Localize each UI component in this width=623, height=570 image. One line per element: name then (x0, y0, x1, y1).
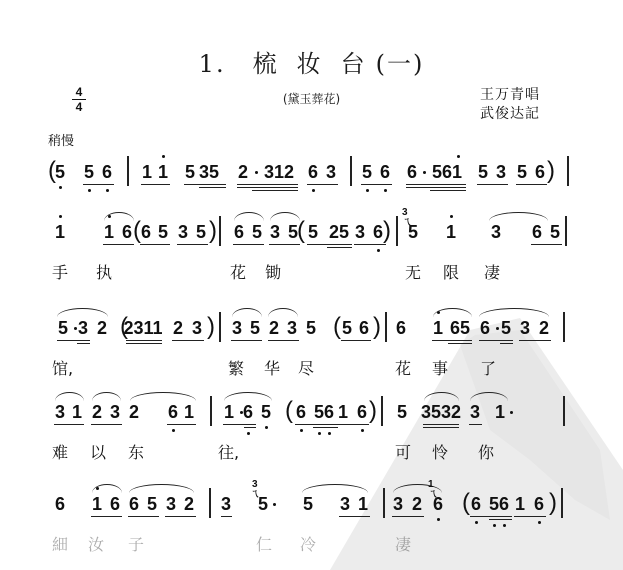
duration-underline (244, 427, 256, 428)
slur (489, 212, 548, 221)
slur (433, 308, 472, 317)
note: 3 (270, 222, 280, 242)
lyric: 往, (218, 440, 239, 463)
slur (302, 484, 368, 493)
note: 3 (470, 402, 480, 422)
note: 5 (308, 222, 318, 242)
barline (396, 216, 398, 246)
duration-underline (341, 340, 371, 341)
octave-dot-below (265, 426, 268, 429)
octave-dot-above (59, 215, 62, 218)
note: 6 (296, 402, 306, 422)
barline (561, 488, 563, 518)
note: 25 (329, 222, 349, 242)
duration-underline (392, 516, 424, 517)
duration-underline (172, 340, 204, 341)
note: 6 (534, 494, 544, 514)
note: 2 (173, 318, 183, 338)
duration-underline (221, 516, 232, 517)
duration-underline (339, 516, 370, 517)
octave-dot-below (538, 521, 541, 524)
score-row: ()()532231123352355661656532馆,繁华尽花事了 (0, 318, 623, 319)
note: 2 (238, 162, 248, 182)
note: 6 (471, 494, 481, 514)
duration-underline (223, 424, 256, 425)
note: 5 (517, 162, 527, 182)
lyric: 子 (128, 532, 144, 555)
note: 1 (338, 402, 348, 422)
note: 5 (158, 222, 168, 242)
time-signature-bottom: 4 (72, 101, 86, 113)
parenthesis: ) (383, 219, 391, 243)
slur (232, 308, 262, 317)
lyric: 事 (432, 356, 448, 379)
augmentation-dot (423, 171, 426, 174)
barline (210, 396, 212, 426)
note: 5 (58, 318, 68, 338)
parenthesis: ( (285, 399, 293, 423)
note: 5 (342, 318, 352, 338)
lyric: 以 (90, 440, 106, 463)
grace-note: ㄟ (250, 490, 260, 500)
singer-credit: 王万青唱 (480, 86, 540, 105)
lyric: 执 (96, 260, 112, 283)
note: 1 (184, 402, 194, 422)
note: 1 (104, 222, 114, 242)
octave-dot-below (384, 189, 387, 192)
note: 561 (432, 162, 462, 182)
duration-underline (423, 427, 459, 428)
note: 6 (308, 162, 318, 182)
note: 3 (496, 162, 506, 182)
barline (219, 216, 221, 246)
lyric: 仁 (256, 532, 272, 555)
note: 1 (433, 318, 443, 338)
lyric: 冷 (300, 532, 316, 555)
octave-dot-below (88, 189, 91, 192)
parenthesis: ( (133, 219, 141, 243)
note: 6 (380, 162, 390, 182)
octave-dot-below (172, 429, 175, 432)
note: 1 (224, 402, 234, 422)
note: 3 (178, 222, 188, 242)
note: 3 (326, 162, 336, 182)
parenthesis: ) (209, 219, 217, 243)
title-char: 妆 (297, 50, 323, 78)
duration-underline (430, 190, 466, 191)
parenthesis: ( (297, 219, 305, 243)
parenthesis: ) (547, 159, 555, 183)
note: 6 (129, 494, 139, 514)
duration-underline (354, 244, 386, 245)
parenthesis: ) (549, 491, 557, 515)
credits: 王万青唱 武俊达記 (480, 86, 540, 124)
lyric: 华 (264, 356, 280, 379)
octave-dot-below (377, 249, 380, 252)
duration-underline (57, 340, 90, 341)
note: 1 (358, 494, 368, 514)
note: 1 (142, 162, 152, 182)
note: 3 (78, 318, 88, 338)
note: 6 (359, 318, 369, 338)
note: 5 (261, 402, 271, 422)
note: 1 (158, 162, 168, 182)
octave-dot-below (328, 432, 331, 435)
barline (385, 312, 387, 342)
note: 6 (407, 162, 417, 182)
slur (268, 308, 298, 317)
slur (92, 484, 122, 493)
duration-underline (337, 424, 369, 425)
octave-dot-below (312, 189, 315, 192)
octave-dot-above (457, 155, 460, 158)
slur (479, 308, 549, 317)
octave-dot-below (247, 432, 250, 435)
lyric: 了 (480, 356, 496, 379)
octave-dot-below (475, 521, 478, 524)
octave-dot-below (59, 186, 62, 189)
note: 3 (491, 222, 501, 242)
note: 2 (129, 402, 139, 422)
lyric: 你 (478, 440, 494, 463)
note: 65 (450, 318, 470, 338)
augmentation-dot (273, 503, 276, 506)
parenthesis: ( (462, 491, 470, 515)
note: 6 (141, 222, 151, 242)
lyric: 細 (52, 532, 68, 555)
duration-underline (307, 184, 338, 185)
duration-underline (470, 516, 512, 517)
duration-underline (519, 340, 551, 341)
score-row: ()()1166535653552536513653ㄟ手执花锄无限凄 (0, 222, 623, 223)
duration-underline (489, 519, 512, 520)
note: 2 (412, 494, 422, 514)
barline (383, 488, 385, 518)
note: 5 (55, 162, 65, 182)
barline (567, 156, 569, 186)
octave-dot-below (361, 429, 364, 432)
duration-underline (479, 340, 513, 341)
note: 2 (92, 402, 102, 422)
note: 6 (532, 222, 542, 242)
note: 3 (287, 318, 297, 338)
barline (350, 156, 352, 186)
slur (470, 392, 508, 401)
duration-underline (91, 516, 122, 517)
note: 3 (340, 494, 350, 514)
parenthesis: ( (333, 315, 341, 339)
note: 3 (166, 494, 176, 514)
lyric: 汝 (88, 532, 104, 555)
grace-note: ㄟ (428, 490, 438, 500)
note: 6 (122, 222, 132, 242)
duration-underline (432, 340, 472, 341)
lyric: 繁 (228, 356, 244, 379)
note: 6 (168, 402, 178, 422)
note: 312 (264, 162, 294, 182)
lyric: 凄 (484, 260, 500, 283)
title-char: 台 (341, 50, 367, 78)
duration-underline (184, 184, 226, 185)
note: 5 (252, 222, 262, 242)
note: 3 (355, 222, 365, 242)
note: 6 (55, 494, 65, 514)
note: 5 (84, 162, 94, 182)
duration-underline (140, 244, 170, 245)
duration-underline (83, 184, 114, 185)
slur (57, 308, 108, 317)
note: 5 (147, 494, 157, 514)
duration-underline (361, 184, 392, 185)
lyric: 难 (52, 440, 68, 463)
lyric: 凄 (395, 532, 411, 555)
barline (219, 312, 221, 342)
lyric: 东 (128, 440, 144, 463)
lyric: 花 (395, 356, 411, 379)
octave-dot-below (437, 518, 440, 521)
slur (55, 392, 84, 401)
duration-underline (477, 184, 508, 185)
note: 1 (55, 222, 65, 242)
note: 6 (373, 222, 383, 242)
note: 1 (515, 494, 525, 514)
slur (224, 392, 272, 401)
note: 5 (303, 494, 313, 514)
slur (129, 484, 194, 493)
title-suffix: (一) (376, 50, 425, 78)
octave-dot-below (493, 524, 496, 527)
duration-underline (231, 340, 262, 341)
octave-dot-below (318, 432, 321, 435)
barline (565, 216, 567, 246)
note: 56 (489, 494, 509, 514)
augmentation-dot (510, 411, 513, 414)
note: 6 (357, 402, 367, 422)
barline (563, 396, 565, 426)
note: 56 (314, 402, 334, 422)
note: 35 (199, 162, 219, 182)
lyric: 怜 (432, 440, 448, 463)
note: 2 (539, 318, 549, 338)
score-row: ()616653235531326656163ㄟ1ㄟ細汝子仁冷凄 (0, 494, 623, 495)
score-row: ()556115352312635665615356 (0, 162, 623, 163)
duration-underline (199, 187, 226, 188)
parenthesis: ) (369, 399, 377, 423)
duration-underline (469, 424, 482, 425)
note: 5 (501, 318, 511, 338)
song-title: 1.梳妆台(一) (0, 44, 623, 79)
slur (234, 212, 264, 221)
duration-underline (268, 340, 299, 341)
duration-underline (165, 516, 196, 517)
duration-underline (423, 424, 459, 425)
duration-underline (514, 516, 546, 517)
barline (563, 312, 565, 342)
barline (127, 156, 129, 186)
note: 3 (110, 402, 120, 422)
score-row: ()3123261165656165353231难以东往,可怜你 (0, 402, 623, 403)
duration-underline (167, 424, 196, 425)
duration-underline (252, 190, 298, 191)
duration-underline (128, 516, 159, 517)
lyric: 锄 (265, 260, 281, 283)
note: 6 (243, 402, 253, 422)
grace-note: ㄟ (402, 218, 412, 228)
duration-underline (177, 244, 208, 245)
transcriber-credit: 武俊达記 (480, 105, 540, 124)
note: 1 (446, 222, 456, 242)
note: 3 (232, 318, 242, 338)
duration-underline (237, 187, 298, 188)
note: 5 (362, 162, 372, 182)
duration-underline (500, 343, 513, 344)
note: 2311 (123, 318, 163, 338)
duration-underline (141, 184, 170, 185)
note: 5 (478, 162, 488, 182)
note: 5 (185, 162, 195, 182)
barline (381, 396, 383, 426)
augmentation-dot (496, 327, 499, 330)
duration-underline (448, 343, 472, 344)
note: 5 (306, 318, 316, 338)
note: 3532 (421, 402, 461, 422)
octave-dot-below (300, 429, 303, 432)
title-char: 梳 (253, 50, 279, 78)
duration-underline (307, 244, 352, 245)
note: 5 (397, 402, 407, 422)
duration-underline (126, 343, 162, 344)
slur (104, 212, 134, 221)
note: 3 (192, 318, 202, 338)
note: 6 (480, 318, 490, 338)
duration-underline (406, 187, 466, 188)
note: 3 (221, 494, 231, 514)
note: 1 (72, 402, 82, 422)
duration-underline (516, 184, 547, 185)
lyric: 手 (52, 260, 68, 283)
duration-underline (531, 244, 562, 245)
duration-underline (77, 343, 90, 344)
note: 1 (495, 402, 505, 422)
duration-underline (406, 184, 466, 185)
octave-dot-below (106, 189, 109, 192)
time-signature: 4 4 (72, 86, 86, 113)
duration-underline (295, 424, 338, 425)
note: 3 (55, 402, 65, 422)
lyric: 馆, (52, 356, 73, 379)
parenthesis: ) (207, 315, 215, 339)
lyric: 尽 (298, 356, 314, 379)
tempo-marking: 稍慢 (48, 130, 74, 149)
lyric: 无 (405, 260, 421, 283)
augmentation-dot (255, 171, 258, 174)
time-signature-top: 4 (72, 86, 86, 98)
title-number: 1. (199, 50, 226, 78)
barline (209, 488, 211, 518)
duration-underline (233, 244, 264, 245)
slur (270, 212, 300, 221)
note: 2 (97, 318, 107, 338)
note: 3 (520, 318, 530, 338)
duration-underline (91, 424, 122, 425)
note: 5 (196, 222, 206, 242)
note: 6 (535, 162, 545, 182)
duration-underline (313, 427, 338, 428)
parenthesis: ) (373, 315, 381, 339)
note: 5 (250, 318, 260, 338)
lyric: 限 (443, 260, 459, 283)
lyric: 花 (230, 260, 246, 283)
octave-dot-above (162, 155, 165, 158)
octave-dot-above (450, 215, 453, 218)
duration-underline (237, 184, 298, 185)
note: 6 (102, 162, 112, 182)
octave-dot-below (503, 524, 506, 527)
note: 5 (550, 222, 560, 242)
note: 3 (393, 494, 403, 514)
note: 2 (184, 494, 194, 514)
note: 2 (269, 318, 279, 338)
note: 6 (396, 318, 406, 338)
octave-dot-below (366, 189, 369, 192)
duration-underline (327, 247, 352, 248)
note: 6 (234, 222, 244, 242)
slur (92, 392, 121, 401)
note: 5 (288, 222, 298, 242)
duration-underline (126, 340, 162, 341)
duration-underline (103, 244, 134, 245)
slur (424, 392, 459, 401)
duration-underline (269, 244, 300, 245)
lyric: 可 (395, 440, 411, 463)
note: 6 (110, 494, 120, 514)
duration-underline (54, 424, 84, 425)
augmentation-dot (74, 327, 77, 330)
note: 1 (92, 494, 102, 514)
slur (130, 392, 196, 401)
